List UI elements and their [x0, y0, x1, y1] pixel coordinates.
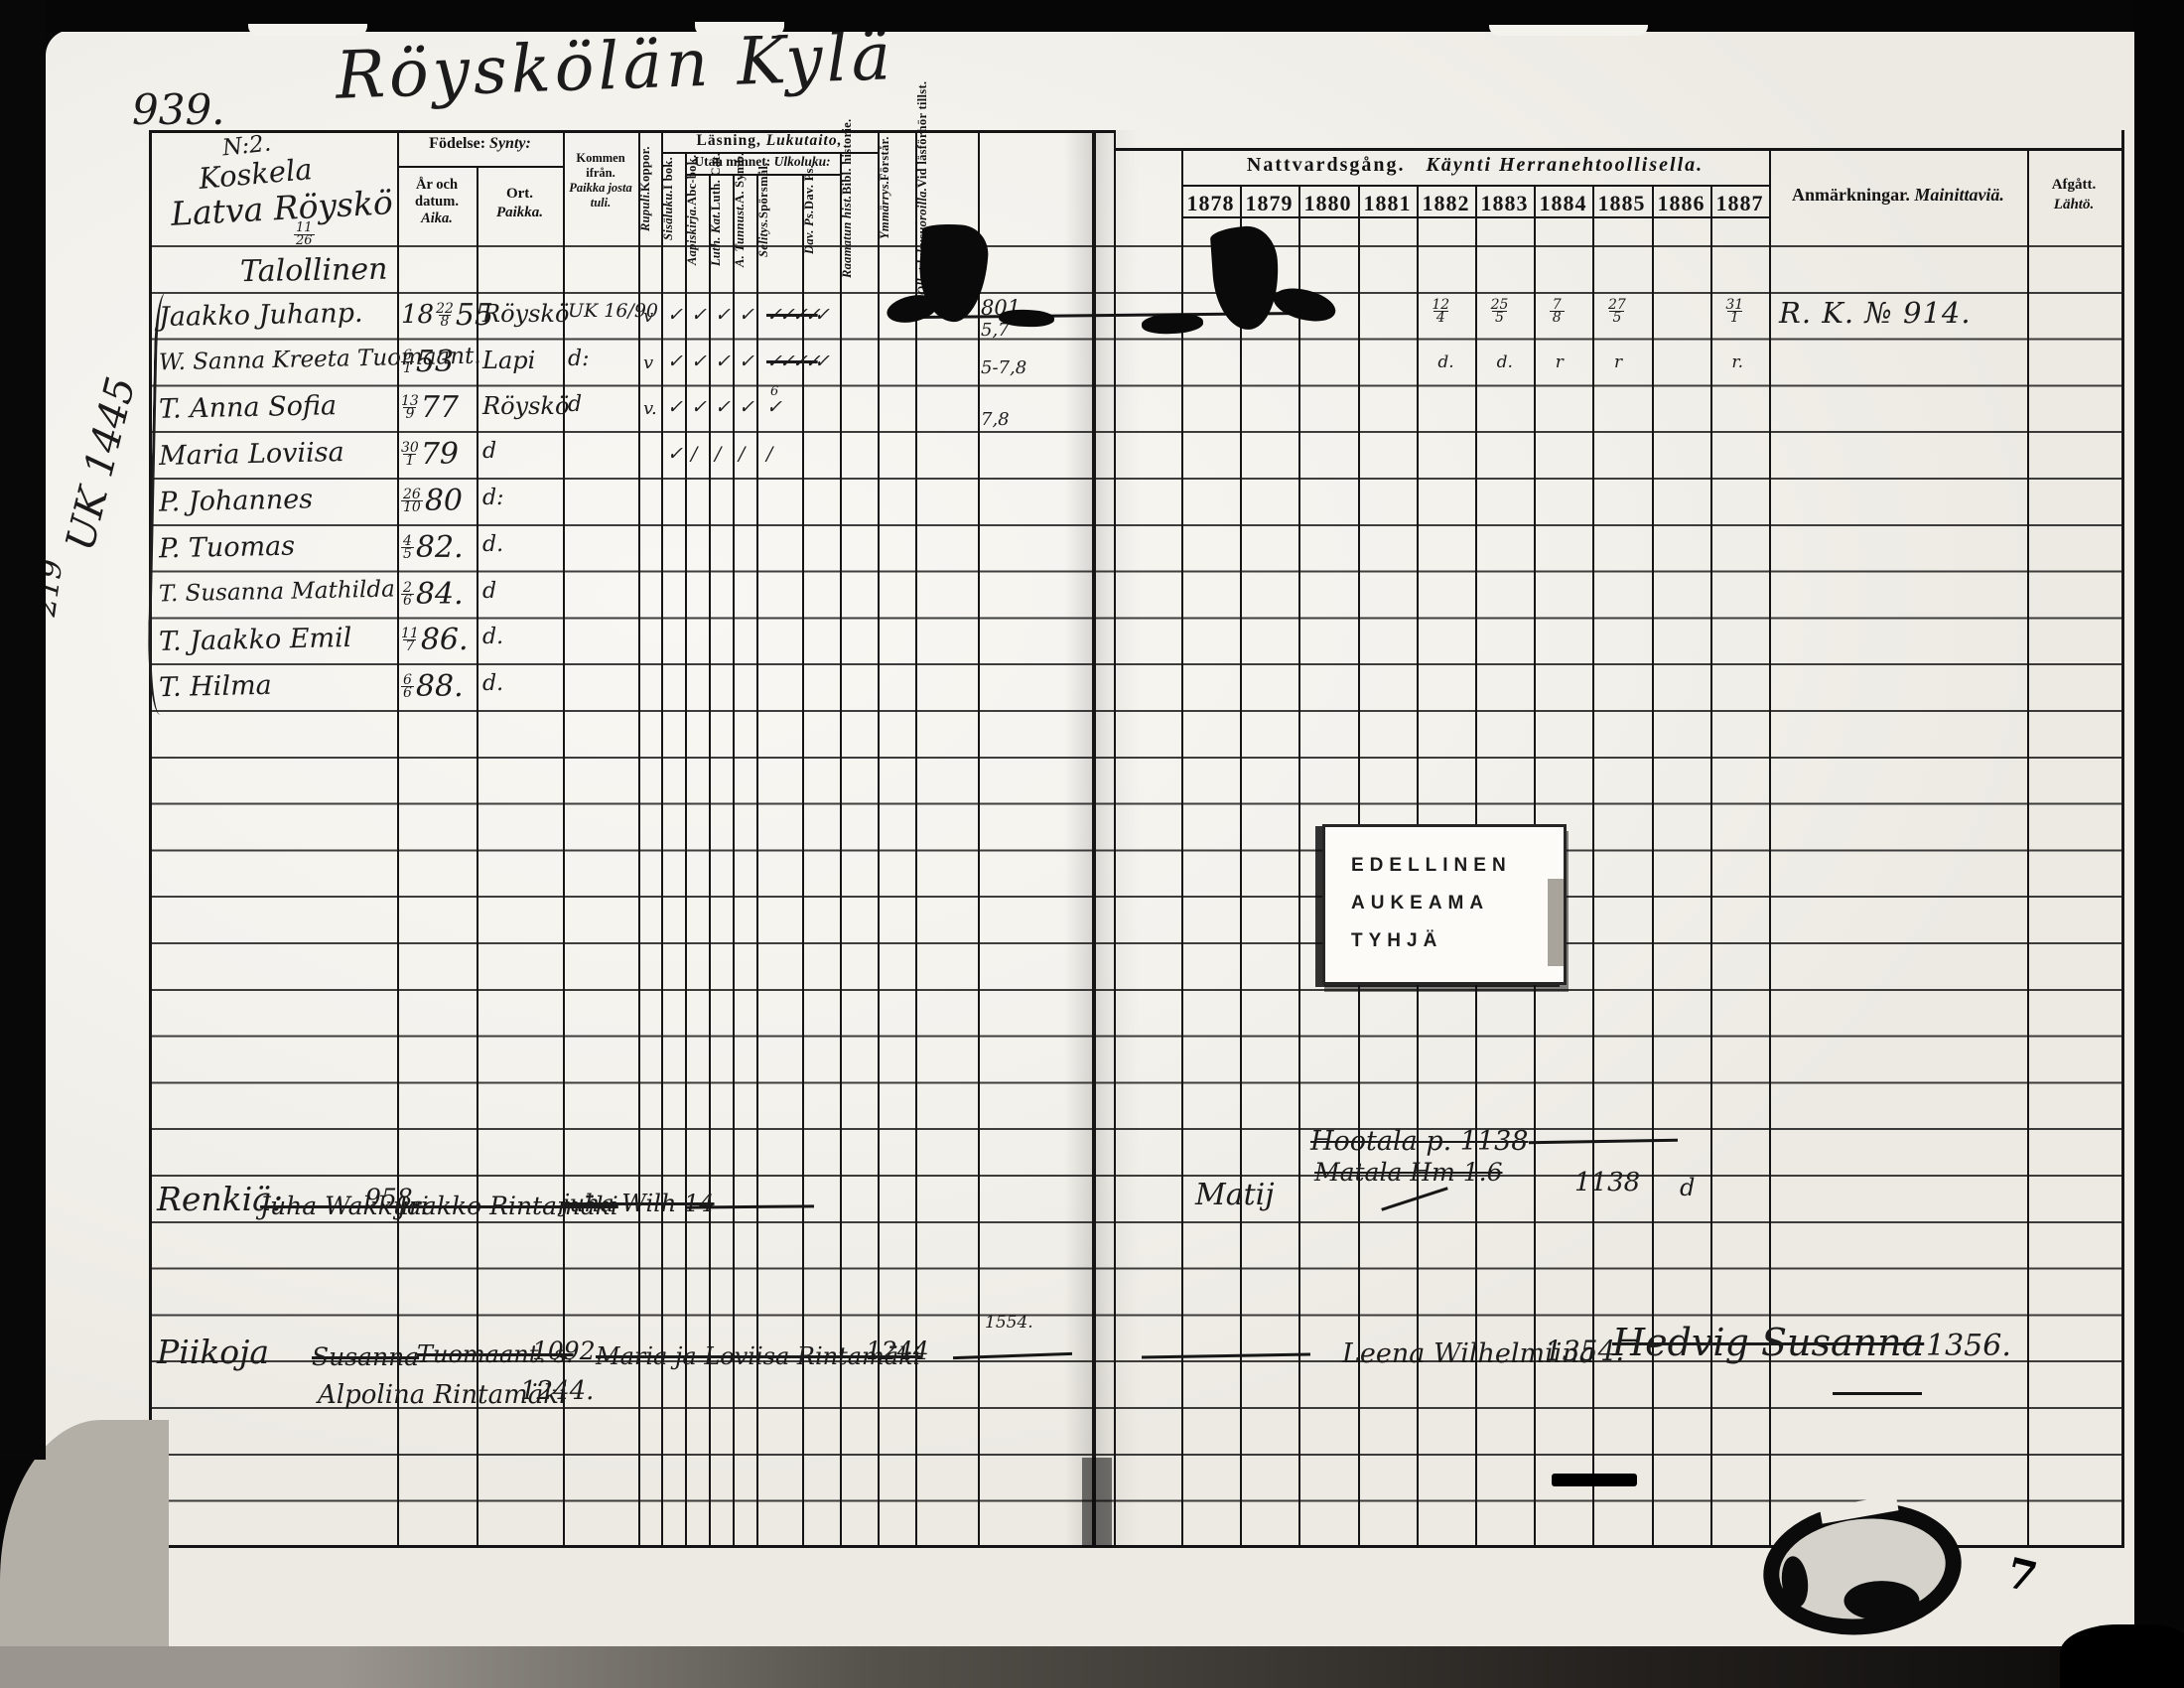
grid-line-vertical-3: [563, 130, 565, 1547]
scanned-ledger-page: 939. Röyskölän Kylä N:2. Koskela Latva R…: [0, 0, 2184, 1688]
scan-edge-right: [2134, 0, 2184, 1688]
vertical-column-fi: Ymmärrys.: [878, 181, 915, 239]
year-label-1881: 1881: [1358, 191, 1417, 216]
year-label-1885: 1885: [1592, 191, 1651, 216]
birth-date: 261080: [401, 484, 463, 518]
grid-line-horizontal-1: [1114, 148, 2124, 151]
vertical-column-label-1: Rupuli.Koppor.: [638, 134, 661, 243]
house-fraction-denominator: 26: [294, 234, 315, 247]
communion-mark-1883: d.: [1497, 352, 1513, 372]
vertical-column-sv: Dav. Ps.: [802, 165, 840, 210]
birth-year: 53: [416, 345, 454, 379]
piikoja-item-1: Susanna: [312, 1342, 419, 1371]
origin-note: d: [568, 392, 582, 417]
fraction: 2610: [401, 489, 423, 513]
birth-place: Röyskö: [482, 300, 569, 328]
birth-date: 11786.: [401, 623, 469, 657]
birth-place: d: [482, 439, 496, 464]
reading-mark-abc: ✓: [691, 304, 707, 326]
vertical-column-label-6: Selitys.Spörsmål.: [756, 176, 802, 243]
grid-line-vertical-21: [1240, 187, 1242, 1547]
row-name: Jaakko Juhanp.: [159, 298, 363, 333]
reading-mark-luth: /: [715, 443, 721, 465]
pasted-label-line1: EDELLINEN: [1351, 855, 1512, 877]
renkia-item-5: Matij: [1195, 1178, 1275, 1212]
reading-group-sv: Läsning,: [697, 132, 761, 149]
reading-mark-symb: ✓: [739, 396, 754, 418]
hootala-line1 strike: Hootala p. 1138: [1310, 1126, 1528, 1157]
birth-date: 6153: [401, 345, 454, 379]
birth-date: 13977: [401, 390, 459, 425]
vertical-column-fi: Raamatun hist.: [840, 195, 878, 277]
hootala-line2: Matala Hm 1.6: [1314, 1158, 1503, 1187]
vertical-column-label-8: Raamatun hist.Bibl. historie.: [840, 154, 878, 243]
birth-place: d:: [482, 486, 504, 510]
reading-mark-spors: ✓✓✓✓: [766, 304, 818, 326]
page-number: 939.: [132, 85, 225, 134]
communion-date-1885: 275: [1608, 299, 1626, 324]
fraction: 117: [401, 628, 419, 652]
reading-mark-superscript: 6: [770, 384, 778, 399]
birth-date-fi: Aika.: [421, 211, 453, 226]
birth-date-header: År och datum. Aika.: [399, 177, 475, 227]
communion-mark-1885: r: [1614, 352, 1622, 372]
communion-group-sv: Nattvardsgång.: [1247, 154, 1406, 176]
stamp-left-blot: [1779, 1555, 1810, 1609]
birth-place-fi: Paikka.: [496, 205, 543, 220]
reading-mark-luth: ✓: [715, 304, 731, 326]
fraction: 139: [401, 395, 419, 420]
fraction: 61: [401, 350, 414, 374]
reading-group-fi: Lukutaito,: [766, 132, 843, 149]
vertical-column-sv: Förstår.: [878, 137, 915, 182]
year-label-1879: 1879: [1240, 191, 1298, 216]
vertical-column-fi: Aapiskirja.: [685, 206, 709, 265]
vertical-column-sv: Koppor.: [638, 146, 661, 192]
grid-line-horizontal-5: [1181, 185, 1769, 187]
grid-line-vertical-20: [2121, 130, 2124, 1547]
grid-line-vertical-9: [756, 174, 758, 1547]
ledger-number-4: 7,8: [981, 409, 1010, 430]
birth-date: 6688.: [401, 669, 464, 704]
reading-mark-luth: ✓: [715, 396, 731, 418]
paper-bump-1: [248, 24, 367, 36]
vertical-column-label-2: Sisäluku.I bok.: [661, 154, 685, 243]
birth-place: Lapi: [482, 347, 535, 374]
section-title: Talollinen: [240, 252, 388, 290]
house-fraction: 1126: [294, 222, 315, 247]
piikoja-label: Piikoja: [157, 1333, 269, 1371]
remarks-sv: Anmärkningar.: [1792, 185, 1910, 205]
reading-mark-symb: /: [739, 443, 745, 465]
birth-place: d: [482, 579, 496, 604]
paper-bump-2: [695, 22, 784, 36]
vertical-column-fi: Luth. Kat.: [709, 211, 733, 265]
pasted-label-line2: AUKEAMA: [1351, 893, 1489, 914]
piikoja-item-10: 1356.: [1926, 1329, 2011, 1363]
birth-place: d.: [482, 625, 503, 649]
year-label-1887: 1887: [1710, 191, 1769, 216]
birth-date: 1822855: [401, 298, 493, 333]
departed-header: Afgått. Lähtö.: [2029, 175, 2118, 214]
communion-date-1883: 255: [1491, 299, 1509, 324]
reading-mark-ibok: ✓: [667, 443, 683, 465]
grid-line-vertical-5: [661, 130, 663, 1547]
fraction: 26: [401, 582, 414, 607]
birth-group-sv: Födelse:: [429, 135, 485, 152]
vertical-column-sv: I bok.: [661, 157, 685, 190]
communion-date-1882: 124: [1432, 299, 1449, 324]
birth-year: 77: [421, 390, 459, 425]
hootala-number: 1138: [1574, 1168, 1640, 1197]
year-label-1884: 1884: [1534, 191, 1592, 216]
birth-year: 82.: [416, 530, 464, 565]
grid-line-vertical-4: [638, 130, 640, 1547]
vertical-column-sv: Abc-bok.: [685, 154, 709, 205]
birth-place: d.: [482, 671, 503, 696]
row-name: P. Johannes: [159, 484, 314, 517]
row-name: T. Hilma: [159, 670, 272, 703]
piikoja-item-3: 1092.: [532, 1336, 604, 1365]
birth-year: 79: [421, 437, 459, 472]
birth-century: 18: [401, 300, 434, 330]
vertical-column-label-4: Luth. Kat.Luth. Cat.: [709, 176, 733, 243]
departed-sv: Afgått.: [2052, 177, 2097, 193]
grid-line-vertical-14: [978, 130, 980, 1547]
reading-mark-ibok: ✓: [667, 304, 683, 326]
year-label-1882: 1882: [1417, 191, 1475, 216]
year-label-1878: 1878: [1181, 191, 1240, 216]
communion-mark-1887: r.: [1731, 352, 1743, 372]
stamp-center-blot: [1843, 1581, 1919, 1620]
fraction: 228: [436, 303, 454, 328]
birth-place-header: Ort. Paikka.: [478, 185, 561, 222]
pasted-label: EDELLINEN AUKEAMA TYHJÄ: [1322, 824, 1567, 985]
scan-edge-left: [0, 0, 46, 1460]
birth-place-sv: Ort.: [506, 186, 533, 202]
communion-mark-1882: d.: [1437, 352, 1453, 372]
come-from-fi: Paikka josta tuli.: [569, 181, 632, 210]
pasted-label-wear-mark: [1548, 879, 1564, 966]
paper-bump-3: [1489, 25, 1648, 36]
grid-line-vertical-13: [915, 130, 917, 1547]
reading-mark-spors: /: [766, 443, 769, 465]
vertical-column-fi: Rupuli.: [638, 192, 661, 232]
birth-date: 30179: [401, 437, 459, 472]
row-name: T. Jaakko Emil: [159, 623, 352, 657]
communion-date-1887: 311: [1725, 299, 1743, 324]
grid-line-vertical-12: [878, 130, 880, 1547]
reading-mark-ibok: ✓: [667, 396, 683, 418]
year-label-1883: 1883: [1475, 191, 1534, 216]
vertical-column-label-3: Aapiskirja.Abc-bok.: [685, 176, 709, 243]
grid-line-vertical-19: [2027, 148, 2029, 1547]
reading-mark-abc: ✓: [691, 351, 707, 372]
birth-place: Röyskö: [482, 392, 569, 420]
birth-year: 84.: [416, 577, 464, 612]
birth-date: 4582.: [401, 530, 464, 565]
row-name: Maria Loviisa: [159, 437, 344, 472]
ledger-number-3: 5-7,8: [981, 357, 1026, 378]
reading-mark-symb: ✓: [739, 351, 754, 372]
origin-note: d:: [568, 347, 590, 371]
grid-line-vertical-6: [685, 152, 687, 1547]
vertical-column-fi: Selitys.: [756, 218, 802, 257]
year-label-1880: 1880: [1298, 191, 1357, 216]
grid-line-vertical-16: [1114, 130, 1116, 1547]
smallpox-mark: v.: [643, 398, 657, 419]
reading-mark-symb: ✓: [739, 304, 754, 326]
vertical-column-sv: A. Symb.: [733, 152, 756, 203]
row-name: T. Anna Sofia: [159, 391, 338, 426]
come-from-sv: Kommen ifrån.: [576, 151, 624, 180]
scan-blotch-bottom-right: [2060, 1624, 2184, 1688]
black-bar-mark: [1552, 1474, 1637, 1486]
birth-date: 2684.: [401, 577, 464, 612]
vertical-column-label-7: Dav. Ps.Dav. Ps.: [802, 176, 840, 243]
birth-year: 88.: [416, 669, 464, 704]
vertical-column-sv: Luth. Cat.: [709, 153, 733, 211]
communion-group-fi: Käynti Herranehtoollisella.: [1427, 154, 1705, 176]
scan-edge-bottom: [0, 1646, 2184, 1688]
vertical-column-fi: Dav. Ps.: [802, 210, 840, 254]
departed-fi: Lähtö.: [2054, 197, 2094, 212]
birth-date-sv: År och datum.: [415, 177, 459, 210]
fraction: 301: [401, 442, 419, 467]
come-from-header: Kommen ifrån. Paikka josta tuli.: [564, 151, 637, 211]
vertical-column-sv: Vid läsförhör tillst.: [915, 80, 978, 187]
grid-line-vertical-8: [733, 174, 735, 1547]
birth-group-fi: Synty:: [489, 135, 531, 152]
birth-place: d.: [482, 532, 503, 557]
birth-year: 80: [425, 484, 463, 518]
fold-bottom-smudge: [1082, 1458, 1112, 1547]
vertical-column-fi: A. Tunnust.: [733, 204, 756, 267]
fraction: 45: [401, 535, 414, 560]
remark-note: R. K. № 914.: [1779, 296, 1972, 330]
row-name: T. Susanna Mathilda: [159, 576, 395, 607]
grid-line-horizontal-6: [1181, 216, 1769, 218]
reading-mark-abc: ✓: [691, 396, 707, 418]
piikoja-line2-stroke: [1833, 1392, 1922, 1395]
vertical-column-sv: Bibl. historie.: [840, 119, 878, 195]
pasted-label-line3: TYHJÄ: [1351, 930, 1442, 952]
row-name: P. Tuomas: [159, 530, 296, 564]
grid-line-vertical-17: [1181, 148, 1183, 1547]
remarks-fi: Mainittaviä.: [1914, 185, 2004, 205]
grid-line-vertical-11: [840, 152, 842, 1547]
vertical-column-sv: Spörsmål.: [756, 162, 802, 218]
reading-mark-spors: ✓: [766, 396, 779, 418]
piikoja-line2-item-2: 1244.: [520, 1376, 594, 1406]
reading-mark-abc: /: [691, 443, 697, 465]
grid-line-horizontal-2: [397, 166, 563, 168]
vertical-column-label-5: A. Tunnust.A. Symb.: [733, 176, 756, 243]
smallpox-mark: v: [643, 306, 653, 327]
fraction: 66: [401, 674, 414, 699]
grid-line-vertical-0: [149, 130, 152, 1547]
grid-line-vertical-15: [1092, 130, 1096, 1547]
grid-line-vertical-1: [397, 130, 399, 1547]
year-label-1886: 1886: [1652, 191, 1710, 216]
communion-group-header: Nattvardsgång. Käynti Herranehtoollisell…: [1181, 154, 1769, 177]
vertical-column-fi: Sisäluku.: [661, 190, 685, 240]
grid-line-vertical-10: [802, 174, 804, 1547]
piikoja-item-9: Hedvig Susanna: [1612, 1321, 1924, 1364]
reading-mark-luth: ✓: [715, 351, 731, 372]
piikoja-item-6: 1554.: [985, 1313, 1033, 1333]
renkia-item-4: juha Wilh 14: [562, 1190, 715, 1217]
communion-mark-1884: r: [1556, 352, 1564, 372]
reading-mark-spors: ✓✓✓✓: [766, 351, 818, 372]
birth-group-header: Födelse: Synty:: [397, 135, 563, 153]
vertical-column-label-9: Ymmärrys.Förstår.: [878, 133, 915, 243]
remarks-header: Anmärkningar. Mainittaviä.: [1769, 185, 2027, 206]
birth-year: 86.: [421, 623, 469, 657]
hootala-mark: d: [1680, 1174, 1695, 1201]
smallpox-mark: v: [643, 352, 653, 373]
grid-line-vertical-7: [709, 174, 711, 1547]
communion-date-1884: 78: [1550, 299, 1565, 324]
grid-line-vertical-22: [1298, 187, 1300, 1547]
piikoja-item-5: 1244: [866, 1336, 929, 1365]
reading-mark-ibok: ✓: [667, 351, 683, 372]
